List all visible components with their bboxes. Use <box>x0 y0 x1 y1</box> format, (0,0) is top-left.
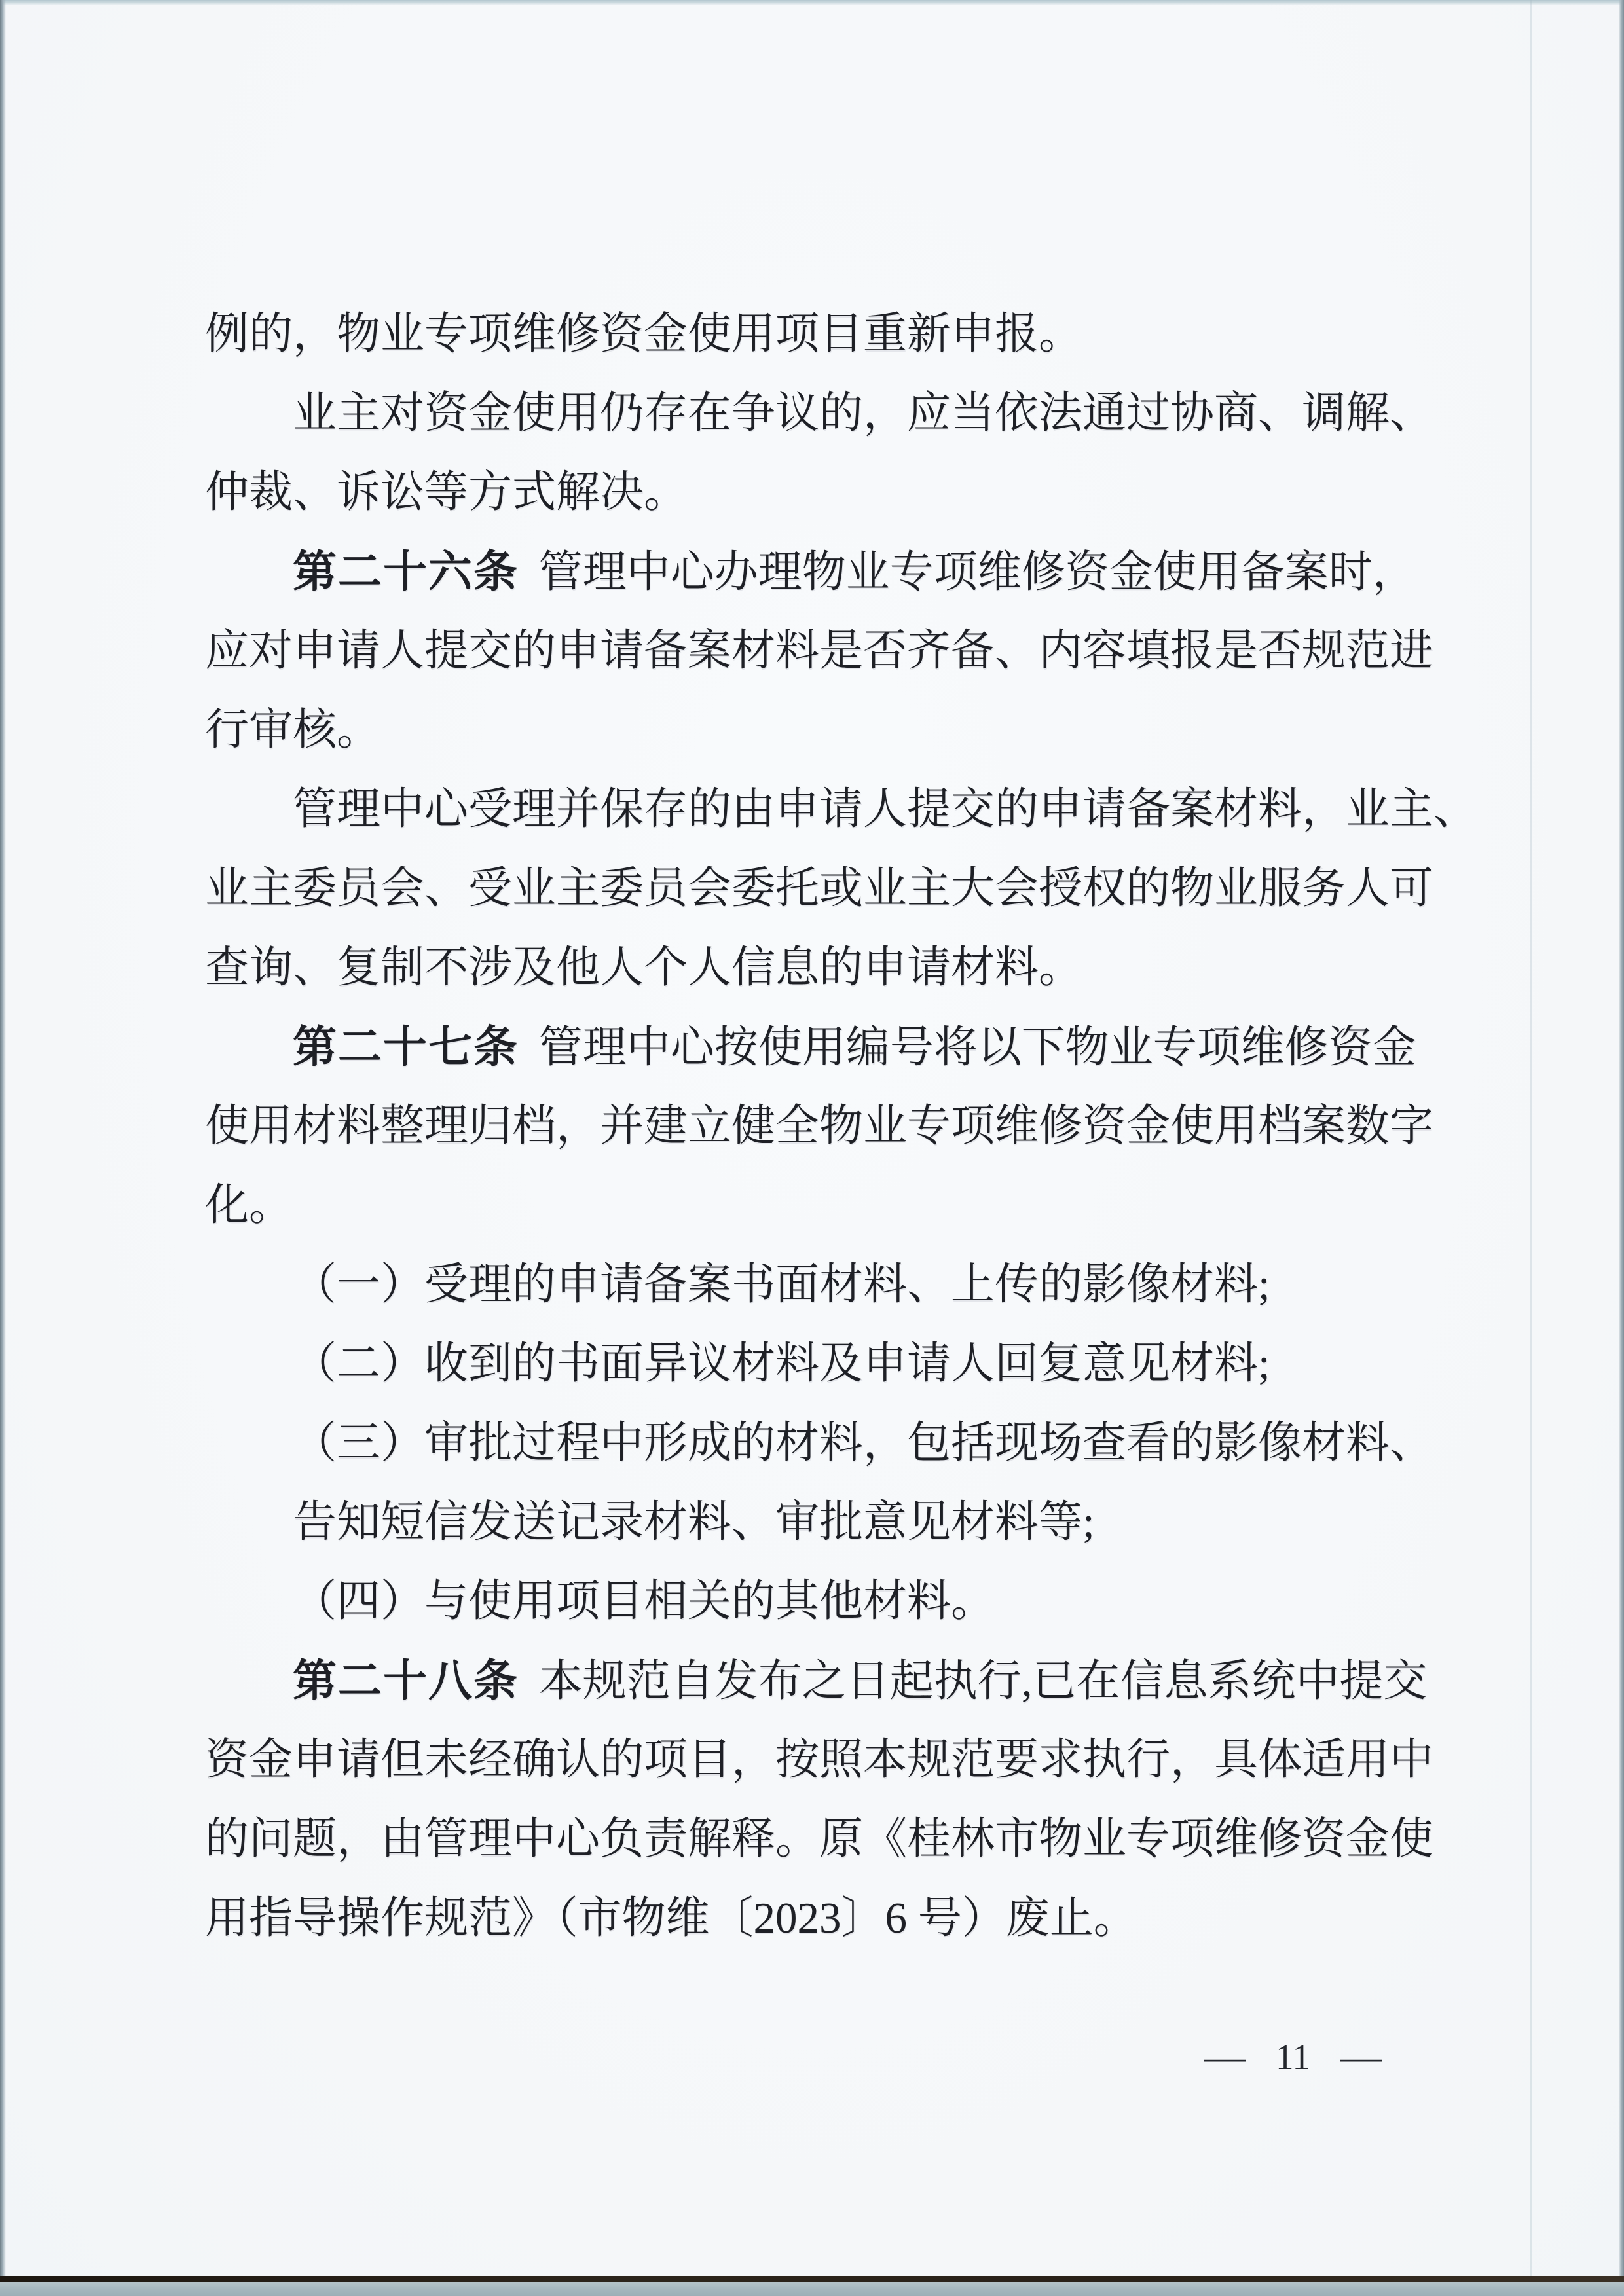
text-line: 用指导操作规范》（市物维〔2023〕6 号）废止。 <box>205 1879 1482 1958</box>
text-line: 管理中心受理并保存的由申请人提交的申请备案材料，业主、 <box>205 770 1482 849</box>
scan-edge-top <box>0 0 1624 5</box>
scan-edge-left <box>0 0 6 2296</box>
text-segment: 的问题，由管理中心负责解释。原《桂林市物业专项维修资金使 <box>205 1815 1433 1863</box>
text-segment: 管理中心受理并保存的由申请人提交的申请备案材料，业主、 <box>293 785 1477 833</box>
text-segment: 管理中心按使用编号将以下物业专项维修资金 <box>528 1023 1416 1072</box>
scan-streak-line <box>1530 0 1532 2296</box>
page-number-left-dash: — <box>1204 2036 1246 2078</box>
text-segment: 本规范自发布之日起执行,已在信息系统中提交 <box>528 1657 1428 1705</box>
clause-heading: 第二十八条 <box>293 1656 519 1705</box>
text-line: （三）审批过程中形成的材料，包括现场查看的影像材料、 <box>205 1404 1482 1483</box>
clause-heading: 第二十六条 <box>293 547 519 596</box>
text-line: 仲裁、诉讼等方式解决。 <box>205 453 1482 532</box>
text-line: 例的，物业专项维修资金使用项目重新申报。 <box>205 295 1482 374</box>
text-line: 业主对资金使用仍存在争议的，应当依法通过协商、调解、 <box>205 374 1482 453</box>
text-line: 使用材料整理归档，并建立健全物业专项维修资金使用档案数字 <box>205 1087 1482 1166</box>
page-number: — 11 — <box>1207 2036 1379 2078</box>
clause-heading: 第二十七条 <box>293 1023 519 1072</box>
text-segment: （二）收到的书面异议材料及申请人回复意见材料; <box>293 1339 1270 1388</box>
text-segment: 告知短信发送记录材料、审批意见材料等; <box>293 1498 1095 1546</box>
text-line: 业主委员会、受业主委员会委托或业主大会授权的物业服务人可 <box>205 849 1482 928</box>
text-line: （四）与使用项目相关的其他材料。 <box>205 1562 1482 1641</box>
text-segment: 管理中心办理物业专项维修资金使用备案时， <box>528 548 1416 596</box>
text-line: 的问题，由管理中心负责解释。原《桂林市物业专项维修资金使 <box>205 1800 1482 1879</box>
text-line: （一）受理的申请备案书面材料、上传的影像材料; <box>205 1245 1482 1324</box>
page-number-right-dash: — <box>1340 2036 1382 2078</box>
text-line: 行审核。 <box>205 691 1482 770</box>
text-line: 化。 <box>205 1166 1482 1245</box>
text-line: 第二十七条 管理中心按使用编号将以下物业专项维修资金 <box>205 1008 1482 1087</box>
text-segment: （四）与使用项目相关的其他材料。 <box>293 1577 995 1626</box>
text-segment: 仲裁、诉讼等方式解决。 <box>205 468 688 517</box>
scan-edge-right <box>1619 0 1624 2296</box>
text-segment: 应对申请人提交的申请备案材料是否齐备、内容填报是否规范进 <box>205 627 1433 675</box>
text-segment: 业主委员会、受业主委员会委托或业主大会授权的物业服务人可 <box>205 864 1433 913</box>
scan-edge-bottom-line <box>0 2276 1624 2282</box>
text-line: 应对申请人提交的申请备案材料是否齐备、内容填报是否规范进 <box>205 611 1482 691</box>
text-segment: 查询、复制不涉及他人个人信息的申请材料。 <box>205 943 1082 992</box>
text-segment: 例的，物业专项维修资金使用项目重新申报。 <box>205 310 1082 358</box>
document-body: 例的，物业专项维修资金使用项目重新申报。业主对资金使用仍存在争议的，应当依法通过… <box>205 295 1482 1958</box>
text-line: 查询、复制不涉及他人个人信息的申请材料。 <box>205 928 1482 1008</box>
text-line: （二）收到的书面异议材料及申请人回复意见材料; <box>205 1324 1482 1404</box>
text-segment: 行审核。 <box>205 706 380 754</box>
text-segment: 用指导操作规范》（市物维〔2023〕6 号）废止。 <box>205 1894 1137 1942</box>
text-segment: 使用材料整理归档，并建立健全物业专项维修资金使用档案数字 <box>205 1102 1433 1150</box>
text-line: 第二十六条 管理中心办理物业专项维修资金使用备案时， <box>205 532 1482 611</box>
text-segment: （一）受理的申请备案书面材料、上传的影像材料; <box>293 1260 1270 1309</box>
text-line: 第二十八条 本规范自发布之日起执行,已在信息系统中提交 <box>205 1641 1482 1721</box>
text-segment: 业主对资金使用仍存在争议的，应当依法通过协商、调解、 <box>293 389 1433 437</box>
scan-edge-bottom-band <box>0 2282 1624 2296</box>
text-segment: 化。 <box>205 1181 293 1230</box>
text-line: 资金申请但未经确认的项目，按照本规范要求执行，具体适用中 <box>205 1721 1482 1800</box>
text-line: 告知短信发送记录材料、审批意见材料等; <box>205 1483 1482 1562</box>
page-number-value: 11 <box>1276 2036 1310 2078</box>
text-segment: （三）审批过程中形成的材料，包括现场查看的影像材料、 <box>293 1419 1433 1467</box>
scanned-document-page: 例的，物业专项维修资金使用项目重新申报。业主对资金使用仍存在争议的，应当依法通过… <box>0 0 1624 2296</box>
text-segment: 资金申请但未经确认的项目，按照本规范要求执行，具体适用中 <box>205 1736 1433 1784</box>
